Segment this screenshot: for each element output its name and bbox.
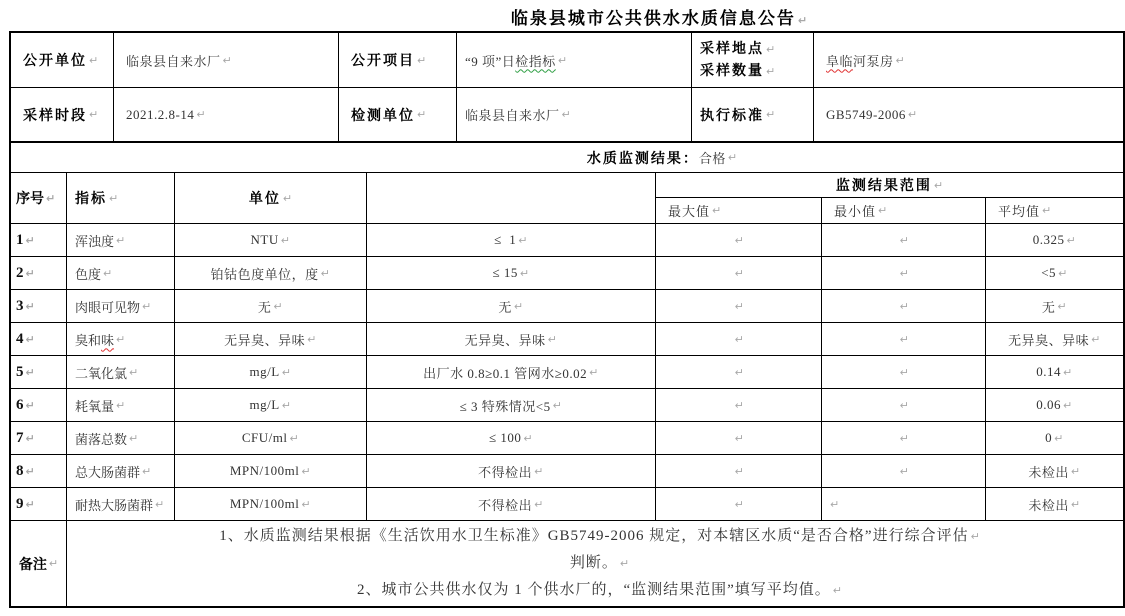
header-limit-cell: 《生活饮用水卫生标准》↵ GB5749-2006 限值↵	[367, 173, 656, 224]
cell-avg: <5↵	[986, 257, 1123, 290]
cell-unit: mg/L↵	[175, 389, 367, 422]
cell-indicator: 肉眼可见物↵	[67, 290, 175, 323]
row-indicator: 总大肠菌群	[75, 462, 140, 481]
row-unit: mg/L	[250, 397, 280, 413]
table-row: 2↵ 色度↵ 铂钴色度单位，度↵ ≤ 15↵ ↵ ↵ <5↵	[11, 257, 1123, 290]
cell-indicator: 菌落总数↵	[67, 422, 175, 455]
row-limit: ≤ 3 特殊情况<5	[460, 396, 551, 415]
paragraph-mark: ↵	[735, 267, 745, 280]
sampling-period-value-cell: 2021.2.8-14↵	[114, 88, 339, 143]
cell-indicator: 总大肠菌群↵	[67, 455, 175, 488]
cell-avg: 0.14↵	[986, 356, 1123, 389]
sampling-site-label: 采样地点	[700, 42, 764, 57]
public-project-value-spellcheck: 检指标	[515, 51, 556, 70]
cell-avg: 无↵	[986, 290, 1123, 323]
paragraph-mark: ↵	[49, 557, 58, 570]
paragraph-mark: ↵	[26, 399, 35, 412]
paragraph-mark: ↵	[283, 192, 292, 205]
cell-unit: NTU↵	[175, 224, 367, 257]
row-no: 2	[16, 265, 24, 282]
paragraph-mark: ↵	[908, 108, 917, 121]
header-limit-lines: 《生活饮用水卫生标准》↵ GB5749-2006 限值↵	[367, 173, 655, 224]
cell-unit: MPN/100ml↵	[175, 488, 367, 521]
cell-indicator: 臭和味↵	[67, 323, 175, 356]
paragraph-mark: ↵	[196, 108, 205, 121]
paragraph-mark: ↵	[735, 366, 745, 379]
row-limit: ≤ 100	[489, 430, 521, 446]
paragraph-mark: ↵	[562, 108, 571, 121]
notes-text-cell: 1、水质监测结果根据《生活饮用水卫生标准》GB5749-2006 规定，对本辖区…	[67, 521, 1123, 606]
header-min-cell: 最小值↵	[822, 198, 986, 224]
cell-indicator: 浑浊度↵	[67, 224, 175, 257]
cell-max: ↵	[656, 422, 822, 455]
row-avg: 未检出	[1028, 495, 1069, 514]
paragraph-mark: ↵	[321, 267, 331, 280]
cell-min: ↵	[822, 257, 986, 290]
page-title-text: 临泉县城市公共供水水质信息公告	[511, 9, 796, 28]
cell-max: ↵	[656, 257, 822, 290]
row-unit: MPN/100ml	[230, 463, 300, 479]
cell-no: 8↵	[11, 455, 67, 488]
cell-min: ↵	[822, 455, 986, 488]
row-limit: ≤ 1	[494, 232, 516, 248]
cell-avg: 无异臭、异味↵	[986, 323, 1123, 356]
table-row: 3↵ 肉眼可见物↵ 无↵ 无↵ ↵ ↵ 无↵	[11, 290, 1123, 323]
test-unit-label: 检测单位	[351, 105, 415, 125]
paragraph-mark: ↵	[548, 333, 558, 346]
standard-value: GB5749-2006	[826, 107, 906, 123]
paragraph-mark: ↵	[766, 65, 775, 78]
paragraph-mark: ↵	[830, 498, 840, 511]
row-limit: ≤ 15	[492, 265, 517, 281]
sampling-period-label-cell: 采样时段↵	[11, 88, 114, 143]
paragraph-mark: ↵	[273, 300, 283, 313]
cell-unit: MPN/100ml↵	[175, 455, 367, 488]
row-no: 8	[16, 463, 24, 480]
result-value: 合格	[699, 148, 726, 167]
row-avg: 0.14	[1036, 364, 1061, 380]
cell-avg: 0.06↵	[986, 389, 1123, 422]
paragraph-mark: ↵	[26, 333, 35, 346]
table-header-row: 序号↵ 指标↵ 单位↵ 《生活饮用水卫生标准》↵ GB5749-2006 限值↵…	[11, 173, 1123, 224]
paragraph-mark: ↵	[1067, 234, 1077, 247]
row-avg: 无异臭、异味	[1008, 330, 1089, 349]
paragraph-mark: ↵	[518, 234, 528, 247]
paragraph-mark: ↵	[735, 234, 745, 247]
header-range-cell: 监测结果范围↵	[656, 173, 1123, 198]
public-unit-label-cell: 公开单位↵	[11, 33, 114, 88]
cell-no: 5↵	[11, 356, 67, 389]
public-unit-value-cell: 临泉县自来水厂↵	[114, 33, 339, 88]
notes-line3-text: 2、城市公共供水仅为 1 个供水厂的，“监测结果范围”填写平均值。	[357, 582, 831, 598]
paragraph-mark: ↵	[833, 584, 843, 597]
paragraph-mark: ↵	[129, 432, 138, 445]
paragraph-mark: ↵	[900, 399, 910, 412]
table-row: 1↵ 浑浊度↵ NTU↵ ≤ 1↵ ↵ ↵ 0.325↵	[11, 224, 1123, 257]
cell-avg: 未检出↵	[986, 455, 1123, 488]
cell-max: ↵	[656, 389, 822, 422]
notes-line2-text: 判断。	[570, 555, 618, 571]
cell-max: ↵	[656, 323, 822, 356]
row-indicator: 色度	[75, 264, 101, 283]
sampling-site-label-lines: 采样地点↵ 采样数量↵	[700, 38, 775, 82]
cell-unit: CFU/ml↵	[175, 422, 367, 455]
cell-avg: 未检出↵	[986, 488, 1123, 521]
cell-limit: ≤ 15↵	[367, 257, 656, 290]
page-title: 临泉县城市公共供水水质信息公告↵	[0, 4, 1125, 29]
paragraph-mark: ↵	[1071, 465, 1081, 478]
paragraph-mark: ↵	[735, 465, 745, 478]
row-limit: 无异臭、异味	[465, 330, 546, 349]
paragraph-mark: ↵	[896, 54, 905, 67]
cell-no: 1↵	[11, 224, 67, 257]
paragraph-mark: ↵	[1063, 366, 1073, 379]
paragraph-mark: ↵	[301, 465, 311, 478]
test-unit-value: 临泉县自来水厂	[465, 105, 560, 124]
header-min: 最小值	[834, 201, 876, 220]
cell-no: 2↵	[11, 257, 67, 290]
table-row: 4↵ 臭和味↵ 无异臭、异味↵ 无异臭、异味↵ ↵ ↵ 无异臭、异味↵	[11, 323, 1123, 356]
sampling-site-value-cell: 阜临河泵房↵	[814, 33, 1123, 88]
row-indicator: 二氧化氯	[75, 363, 127, 382]
row-indicator: 肉眼可见物	[75, 297, 140, 316]
cell-no: 3↵	[11, 290, 67, 323]
cell-min: ↵	[822, 422, 986, 455]
cell-min: ↵	[822, 323, 986, 356]
paragraph-mark: ↵	[1042, 204, 1052, 217]
paragraph-mark: ↵	[735, 333, 745, 346]
public-project-value-cell: “9 项”日检指标↵	[457, 33, 692, 88]
cell-min: ↵	[822, 488, 986, 521]
cell-min: ↵	[822, 389, 986, 422]
paragraph-mark: ↵	[89, 54, 98, 67]
paragraph-mark: ↵	[89, 108, 98, 121]
paragraph-mark: ↵	[900, 300, 910, 313]
cell-limit: 无异臭、异味↵	[367, 323, 656, 356]
paragraph-mark: ↵	[712, 204, 722, 217]
cell-no: 4↵	[11, 323, 67, 356]
row-unit: MPN/100ml	[230, 496, 300, 512]
row-unit: NTU	[251, 232, 279, 248]
sampling-period-label: 采样时段	[23, 105, 87, 125]
table-row: 7↵ 菌落总数↵ CFU/ml↵ ≤ 100↵ ↵ ↵ 0↵	[11, 422, 1123, 455]
paragraph-mark: ↵	[129, 366, 138, 379]
header-no: 序号	[16, 188, 44, 208]
row-indicator: 耗氧量	[75, 396, 114, 415]
paragraph-mark: ↵	[1071, 498, 1081, 511]
row-unit: 无异臭、异味	[224, 330, 305, 349]
paragraph-mark: ↵	[301, 498, 311, 511]
cell-limit: 无↵	[367, 290, 656, 323]
paragraph-mark: ↵	[142, 300, 151, 313]
notes-label: 备注	[19, 554, 47, 574]
water-quality-table: 公开单位↵ 临泉县自来水厂↵ 公开项目↵ “9 项”日检指标↵ 采样地点↵ 采样…	[9, 31, 1125, 608]
cell-unit: 无↵	[175, 290, 367, 323]
paragraph-mark: ↵	[534, 498, 544, 511]
row-avg: 0.06	[1036, 397, 1061, 413]
row-limit: 不得检出	[478, 462, 532, 481]
paragraph-mark: ↵	[534, 465, 544, 478]
standard-label-cell: 执行标准↵	[692, 88, 814, 143]
row-unit: 无	[258, 297, 272, 316]
header-max: 最大值	[668, 201, 710, 220]
paragraph-mark: ↵	[735, 498, 745, 511]
paragraph-mark: ↵	[281, 234, 291, 247]
paragraph-mark: ↵	[553, 399, 563, 412]
paragraph-mark: ↵	[26, 366, 35, 379]
result-label: 水质监测结果：	[587, 148, 699, 168]
paragraph-mark: ↵	[934, 179, 943, 192]
row-indicator-spellcheck: 味	[101, 330, 114, 349]
cell-max: ↵	[656, 290, 822, 323]
standard-value-cell: GB5749-2006↵	[814, 88, 1123, 143]
test-unit-label-cell: 检测单位↵	[339, 88, 457, 143]
sampling-count-label: 采样数量	[700, 64, 764, 79]
row-avg: <5	[1041, 265, 1056, 281]
sampling-site-label-cell: 采样地点↵ 采样数量↵	[692, 33, 814, 88]
paragraph-mark: ↵	[878, 204, 888, 217]
paragraph-mark: ↵	[1058, 267, 1068, 280]
paragraph-mark: ↵	[766, 108, 775, 121]
paragraph-mark: ↵	[109, 192, 118, 205]
paragraph-mark: ↵	[223, 54, 232, 67]
paragraph-mark: ↵	[282, 366, 292, 379]
sampling-site-value-rest: 河泵房	[853, 51, 894, 70]
paragraph-mark: ↵	[735, 432, 745, 445]
cell-no: 6↵	[11, 389, 67, 422]
row-indicator: 浑浊度	[75, 231, 114, 250]
row-limit: 出厂水 0.8≥0.1 管网水≥0.02	[423, 363, 587, 382]
cell-no: 9↵	[11, 488, 67, 521]
paragraph-mark: ↵	[46, 192, 55, 205]
cell-min: ↵	[822, 224, 986, 257]
cell-indicator: 耗氧量↵	[67, 389, 175, 422]
paragraph-mark: ↵	[116, 399, 125, 412]
cell-limit: 不得检出↵	[367, 488, 656, 521]
header-range-group: 监测结果范围↵ 最大值↵ 最小值↵ 平均值↵	[656, 173, 1123, 224]
row-no: 1	[16, 232, 24, 249]
header-no-cell: 序号↵	[11, 173, 67, 224]
paragraph-mark: ↵	[514, 300, 524, 313]
paragraph-mark: ↵	[103, 267, 112, 280]
paragraph-mark: ↵	[900, 333, 910, 346]
row-no: 4	[16, 331, 24, 348]
row-no: 9	[16, 496, 24, 513]
table-row: 5↵ 二氧化氯↵ mg/L↵ 出厂水 0.8≥0.1 管网水≥0.02↵ ↵ ↵…	[11, 356, 1123, 389]
row-no: 6	[16, 397, 24, 414]
header-range: 监测结果范围	[836, 175, 932, 195]
table-row: 8↵ 总大肠菌群↵ MPN/100ml↵ 不得检出↵ ↵ ↵ 未检出↵	[11, 455, 1123, 488]
paragraph-mark: ↵	[26, 234, 35, 247]
row-limit: 不得检出	[478, 495, 532, 514]
row-avg: 0.325	[1033, 232, 1065, 248]
row-avg: 未检出	[1028, 462, 1069, 481]
cell-limit: 不得检出↵	[367, 455, 656, 488]
row-no: 5	[16, 364, 24, 381]
cell-max: ↵	[656, 488, 822, 521]
public-unit-label: 公开单位	[23, 50, 87, 70]
paragraph-mark: ↵	[900, 267, 910, 280]
header-unit: 单位	[249, 188, 281, 208]
row-unit: 铂钴色度单位，度	[211, 264, 319, 283]
paragraph-mark: ↵	[307, 333, 317, 346]
row-no: 7	[16, 430, 24, 447]
paragraph-mark: ↵	[26, 465, 35, 478]
header-max-cell: 最大值↵	[656, 198, 822, 224]
result-row: 水质监测结果：合格↵	[11, 143, 1123, 173]
paragraph-mark: ↵	[26, 267, 35, 280]
public-unit-value: 临泉县自来水厂	[126, 51, 221, 70]
cell-limit: ≤ 100↵	[367, 422, 656, 455]
info-row-1: 公开单位↵ 临泉县自来水厂↵ 公开项目↵ “9 项”日检指标↵ 采样地点↵ 采样…	[11, 33, 1123, 88]
table-row: 9↵ 耐热大肠菌群↵ MPN/100ml↵ 不得检出↵ ↵ ↵ 未检出↵	[11, 488, 1123, 521]
notes-line: 2、城市公共供水仅为 1 个供水厂的，“监测结果范围”填写平均值。↵	[357, 577, 843, 604]
paragraph-mark: ↵	[900, 234, 910, 247]
cell-avg: 0.325↵	[986, 224, 1123, 257]
paragraph-mark: ↵	[798, 14, 809, 27]
header-avg: 平均值	[998, 201, 1040, 220]
cell-max: ↵	[656, 455, 822, 488]
paragraph-mark: ↵	[417, 108, 426, 121]
cell-limit: ≤ 3 特殊情况<5↵	[367, 389, 656, 422]
paragraph-mark: ↵	[142, 465, 151, 478]
row-avg: 无	[1042, 297, 1056, 316]
paragraph-mark: ↵	[26, 300, 35, 313]
public-project-label-cell: 公开项目↵	[339, 33, 457, 88]
paragraph-mark: ↵	[728, 151, 737, 164]
header-avg-cell: 平均值↵	[986, 198, 1123, 224]
paragraph-mark: ↵	[1054, 432, 1064, 445]
cell-indicator: 二氧化氯↵	[67, 356, 175, 389]
sampling-site-value-spellcheck: 阜临	[826, 51, 853, 70]
notes-row: 备注↵ 1、水质监测结果根据《生活饮用水卫生标准》GB5749-2006 规定，…	[11, 521, 1123, 606]
paragraph-mark: ↵	[900, 465, 910, 478]
row-indicator-pre: 臭和	[75, 330, 101, 349]
paragraph-mark: ↵	[735, 300, 745, 313]
result-cell: 水质监测结果：合格↵	[11, 143, 1123, 173]
row-unit: mg/L	[250, 364, 280, 380]
test-unit-value-cell: 临泉县自来水厂↵	[457, 88, 692, 143]
cell-limit: ≤ 1↵	[367, 224, 656, 257]
cell-unit: mg/L↵	[175, 356, 367, 389]
paragraph-mark: ↵	[116, 234, 125, 247]
paragraph-mark: ↵	[589, 366, 599, 379]
notes-line1-text: 1、水质监测结果根据《生活饮用水卫生标准》GB5749-2006 规定，对本辖区…	[219, 528, 968, 544]
paragraph-mark: ↵	[26, 498, 35, 511]
cell-unit: 铂钴色度单位，度↵	[175, 257, 367, 290]
cell-indicator: 色度↵	[67, 257, 175, 290]
sampling-period-value: 2021.2.8-14	[126, 107, 194, 123]
header-unit-cell: 单位↵	[175, 173, 367, 224]
cell-max: ↵	[656, 224, 822, 257]
standard-label: 执行标准	[700, 105, 764, 125]
header-range-subrow: 最大值↵ 最小值↵ 平均值↵	[656, 198, 1123, 224]
paragraph-mark: ↵	[766, 43, 775, 56]
paragraph-mark: ↵	[520, 267, 530, 280]
info-row-2: 采样时段↵ 2021.2.8-14↵ 检测单位↵ 临泉县自来水厂↵ 执行标准↵ …	[11, 88, 1123, 143]
public-project-value-pre: “9 项”日	[465, 51, 515, 70]
line-break-mark: ↵	[971, 530, 981, 543]
cell-min: ↵	[822, 356, 986, 389]
cell-indicator: 耐热大肠菌群↵	[67, 488, 175, 521]
notes-line: 1、水质监测结果根据《生活饮用水卫生标准》GB5749-2006 规定，对本辖区…	[219, 523, 981, 550]
row-unit: CFU/ml	[242, 430, 288, 446]
row-no: 3	[16, 298, 24, 315]
table-row: 6↵ 耗氧量↵ mg/L↵ ≤ 3 特殊情况<5↵ ↵ ↵ 0.06↵	[11, 389, 1123, 422]
public-project-label: 公开项目	[351, 50, 415, 70]
paragraph-mark: ↵	[282, 399, 292, 412]
row-indicator: 耐热大肠菌群	[75, 495, 153, 514]
row-limit: 无	[498, 297, 512, 316]
paragraph-mark: ↵	[900, 432, 910, 445]
paragraph-mark: ↵	[26, 432, 35, 445]
header-indicator-cell: 指标↵	[67, 173, 175, 224]
paragraph-mark: ↵	[1091, 333, 1101, 346]
cell-min: ↵	[822, 290, 986, 323]
cell-avg: 0↵	[986, 422, 1123, 455]
paragraph-mark: ↵	[1063, 399, 1073, 412]
cell-no: 7↵	[11, 422, 67, 455]
paragraph-mark: ↵	[735, 399, 745, 412]
paragraph-mark: ↵	[155, 498, 164, 511]
paragraph-mark: ↵	[900, 366, 910, 379]
paragraph-mark: ↵	[116, 333, 125, 346]
paragraph-mark: ↵	[1057, 300, 1067, 313]
paragraph-mark: ↵	[620, 557, 630, 570]
cell-unit: 无异臭、异味↵	[175, 323, 367, 356]
cell-max: ↵	[656, 356, 822, 389]
header-indicator: 指标	[75, 188, 107, 208]
cell-limit: 出厂水 0.8≥0.1 管网水≥0.02↵	[367, 356, 656, 389]
notes-label-cell: 备注↵	[11, 521, 67, 606]
notes-line: 判断。↵	[570, 550, 630, 577]
paragraph-mark: ↵	[289, 432, 299, 445]
paragraph-mark: ↵	[558, 54, 567, 67]
paragraph-mark: ↵	[417, 54, 426, 67]
row-indicator: 菌落总数	[75, 429, 127, 448]
row-avg: 0	[1045, 430, 1052, 446]
paragraph-mark: ↵	[523, 432, 533, 445]
